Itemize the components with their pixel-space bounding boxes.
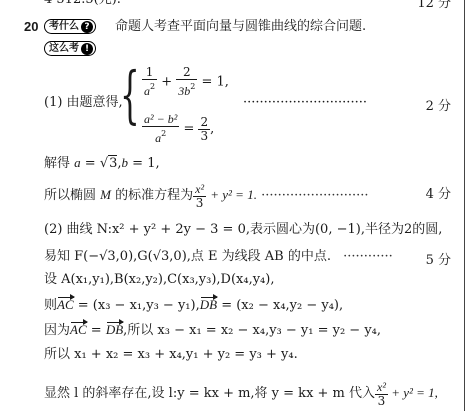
sqrt-arg: 3 [108, 155, 117, 172]
system-brace: { [120, 64, 140, 126]
part2-sum-line: 所以 x₁ + x₂ = x₃ + x₄,y₁ + y₂ = y₃ + y₄. [44, 347, 298, 363]
vector-AC: AC [57, 297, 74, 313]
part2-foci-score: 5 分 [426, 249, 451, 268]
leader-dots: ·········· [125, 0, 166, 7]
vector-DB: DB [106, 322, 123, 338]
numerator: 2 [198, 116, 210, 130]
fraction-x2-over-3: x²3 [193, 183, 206, 210]
vector-DB-value: = (x₂ − x₄,y₂ − y₄), [217, 298, 343, 313]
badge-what-is-tested: 考什么 ? [44, 19, 96, 34]
vec-prefix: 则 [44, 298, 57, 313]
numerator: x² [375, 381, 388, 395]
part2-foci-line: 易知 F(−√3,0),G(√3,0),点 E 为线段 AB 的中点. ····… [44, 249, 393, 265]
equals: = [87, 323, 106, 338]
ellipse-score: 4 分 [426, 183, 451, 202]
line-l-text: 显然 l 的斜率存在,设 l:y = kx + m,将 y = kx + m 代… [44, 386, 375, 401]
equation-1: 1a2 + 23b2 = 1, [142, 66, 229, 98]
exclamation-icon: ! [81, 43, 93, 55]
ellipse-prefix: 所以椭圆 [44, 188, 96, 203]
numerator: a² − b² [142, 113, 179, 127]
comma: , [210, 122, 214, 137]
fraction-x2-over-3: x²3 [375, 381, 388, 408]
plus-sign: + [161, 75, 172, 90]
fraction-1-over-a2: 1a2 [142, 66, 157, 98]
previous-answer-line: 4 512.5(元). ·········· [44, 0, 166, 8]
equals: = [81, 156, 100, 171]
vector-AC: AC [70, 322, 87, 338]
part2-curve-line: (2) 曲线 N:x² + y² + 2y − 3 = 0,表示圆心为(0, −… [44, 222, 442, 238]
badge-what-label: 考什么 [49, 20, 79, 33]
fraction-2-over-3: 23 [198, 116, 210, 143]
fraction-2-over-3b2: 23b2 [176, 66, 197, 98]
numerator: 2 [176, 66, 197, 80]
numerator: x² [193, 183, 206, 197]
because-prefix: 因为 [44, 323, 70, 338]
vector-DB: DB [200, 297, 217, 313]
ellipse-mid: 的标准方程为 [115, 188, 193, 203]
denominator: 3b [178, 84, 190, 98]
solution-page: 4 512.5(元). ·········· 12 分 20 考什么 ? 命题人… [0, 0, 469, 417]
badge-how-label: 这么考 [49, 42, 79, 55]
b-value: = 1, [128, 156, 160, 171]
part2-line-l: 显然 l 的斜率存在,设 l:y = kx + m,将 y = kx + m 代… [44, 381, 438, 408]
equation-2: a² − b²a2 = 23, [142, 113, 214, 145]
part1-leader-dots: ······························ [243, 95, 367, 111]
previous-score: 12 分 [417, 0, 451, 11]
var-M: M [100, 187, 111, 202]
question-mark-icon: ? [81, 21, 93, 33]
vector-AC-value: = (x₃ − x₁,y₃ − y₁), [74, 298, 200, 313]
equal-vectors-rest: ,所以 x₃ − x₁ = x₂ − x₄,y₃ − y₁ = y₂ − y₄, [123, 323, 381, 338]
leader-dots: ············ [343, 249, 393, 264]
foci-text: 易知 F(−√3,0),G(√3,0),点 E 为线段 AB 的中点. [44, 249, 331, 264]
denominator: 3 [375, 395, 388, 408]
solve-prefix: 解得 [44, 156, 70, 171]
numerator: 1 [142, 66, 157, 80]
equation-rhs: = 1, [202, 75, 229, 90]
question-number: 20 [24, 19, 38, 34]
badge-how-to-solve: 这么考 ! [44, 41, 96, 56]
part1-label: (1) 由题意得, [44, 95, 123, 111]
leader-dots: ·························· [261, 188, 368, 203]
denominator: 3 [198, 130, 210, 143]
part2-vectors-line: 则AC = (x₃ − x₁,y₃ − y₁),DB = (x₂ − x₄,y₂… [44, 297, 343, 314]
intro-text: 命题人考查平面向量与圆锥曲线的综合问题. [115, 19, 366, 35]
part1-score: 2 分 [426, 95, 451, 114]
ellipse-rest: + y² = 1. [210, 187, 257, 202]
denominator: 3 [193, 197, 206, 210]
part2-equal-vectors-line: 因为AC = DB,所以 x₃ − x₁ = x₂ − x₄,y₃ − y₁ =… [44, 322, 381, 339]
ellipse-equation-line: 所以椭圆 M 的标准方程为x²3 + y² = 1. ·············… [44, 183, 369, 210]
fraction-a2-minus-b2-over-a2: a² − b²a2 [142, 113, 179, 145]
previous-answer-text: 4 512.5(元). [44, 0, 125, 7]
right-border-rule [464, 0, 465, 411]
solve-result-line: 解得 a = √3,b = 1, [44, 155, 160, 172]
part2-points-line: 设 A(x₁,y₁),B(x₂,y₂),C(x₃,y₃),D(x₄,y₄), [44, 272, 274, 288]
line-l-rest: + y² = 1, [388, 385, 438, 400]
